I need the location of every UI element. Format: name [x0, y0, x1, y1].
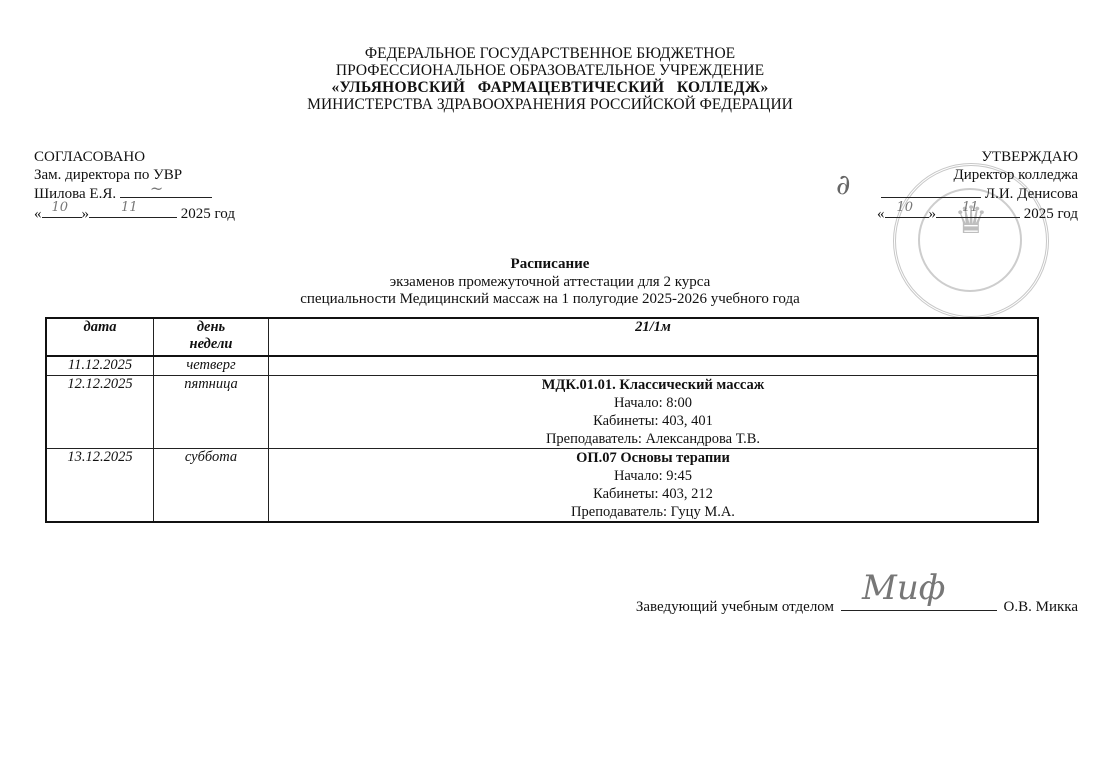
- table-row: 11.12.2025 четверг: [46, 356, 1038, 376]
- approval-approved-heading: УТВЕРЖДАЮ: [877, 149, 1078, 167]
- row-date: 12.12.2025: [46, 376, 154, 449]
- row-date: 11.12.2025: [46, 356, 154, 376]
- approval-agreed-heading: СОГЛАСОВАНО: [34, 149, 235, 167]
- approval-approved-date: «10»11 2025 год: [877, 204, 1078, 224]
- footer-name: О.В. Микка: [1004, 599, 1078, 615]
- approval-agreed-position: Зам. директора по УВР: [34, 167, 235, 185]
- exam-schedule-table: дата день недели 21/1м 11.12.2025 четвер…: [45, 317, 1039, 523]
- exam-subject: ОП.07 Основы терапии: [271, 449, 1035, 467]
- exam-teacher: Преподаватель: Александрова Т.В.: [271, 430, 1035, 448]
- approval-approved-name: Л.И. Денисова: [985, 186, 1078, 202]
- approval-approved-year: 2025 год: [1024, 206, 1078, 222]
- title-subtitle-2: специальности Медицинский массаж на 1 по…: [0, 291, 1100, 309]
- row-weekday: пятница: [154, 376, 269, 449]
- approval-approved-day: 10: [897, 199, 914, 217]
- footer-position: Заведующий учебным отделом: [636, 599, 834, 615]
- row-exam-empty: [269, 356, 1039, 376]
- row-date: 13.12.2025: [46, 449, 154, 523]
- institution-name: «УЛЬЯНОВСКИЙ ФАРМАЦЕВТИЧЕСКИЙ КОЛЛЕДЖ»: [0, 79, 1100, 96]
- approval-agreed-date: «10»11 2025 год: [34, 204, 235, 224]
- institution-line-2: ПРОФЕССИОНАЛЬНОЕ ОБРАЗОВАТЕЛЬНОЕ УЧРЕЖДЕ…: [0, 62, 1100, 79]
- header-date: дата: [46, 318, 154, 356]
- signature-line: ~: [120, 184, 212, 198]
- table-header-row: дата день недели 21/1м: [46, 318, 1038, 356]
- document-title: Расписание экзаменов промежуточной аттес…: [0, 256, 1100, 309]
- row-exam: МДК.01.01. Классический массаж Начало: 8…: [269, 376, 1039, 449]
- exam-rooms: Кабинеты: 403, 401: [271, 412, 1035, 430]
- approval-approved-month: 11: [962, 199, 979, 217]
- approval-approved-block: УТВЕРЖДАЮ Директор колледжа Л.И. Денисов…: [877, 149, 1078, 223]
- row-weekday: суббота: [154, 449, 269, 523]
- approval-agreed-name: Шилова Е.Я.: [34, 186, 116, 202]
- exam-start: Начало: 8:00: [271, 394, 1035, 412]
- exam-rooms: Кабинеты: 403, 212: [271, 485, 1035, 503]
- institution-header: ФЕДЕРАЛЬНОЕ ГОСУДАРСТВЕННОЕ БЮДЖЕТНОЕ ПР…: [0, 45, 1100, 113]
- row-weekday: четверг: [154, 356, 269, 376]
- row-exam: ОП.07 Основы терапии Начало: 9:45 Кабине…: [269, 449, 1039, 523]
- exam-subject: МДК.01.01. Классический массаж: [271, 376, 1035, 394]
- institution-line-4: МИНИСТЕРСТВА ЗДРАВООХРАНЕНИЯ РОССИЙСКОЙ …: [0, 96, 1100, 113]
- table-row: 12.12.2025 пятница МДК.01.01. Классическ…: [46, 376, 1038, 449]
- header-weekday: день недели: [154, 318, 269, 356]
- table-row: 13.12.2025 суббота ОП.07 Основы терапии …: [46, 449, 1038, 523]
- title-heading: Расписание: [0, 256, 1100, 274]
- footer-signoff: Заведующий учебным отделом О.В. Микка: [636, 597, 1078, 616]
- signature-line: [841, 597, 997, 611]
- approval-agreed-year: 2025 год: [181, 206, 235, 222]
- approval-agreed-block: СОГЛАСОВАНО Зам. директора по УВР Шилова…: [34, 149, 235, 223]
- signature-line: [881, 184, 981, 198]
- exam-teacher: Преподаватель: Гуцу М.А.: [271, 503, 1035, 521]
- signature-left: ~: [150, 180, 163, 198]
- approval-agreed-month: 11: [121, 199, 138, 217]
- title-subtitle-1: экзаменов промежуточной аттестации для 2…: [0, 274, 1100, 292]
- approval-agreed-day: 10: [52, 199, 69, 217]
- approval-approved-position: Директор колледжа: [877, 167, 1078, 185]
- institution-line-1: ФЕДЕРАЛЬНОЕ ГОСУДАРСТВЕННОЕ БЮДЖЕТНОЕ: [0, 45, 1100, 62]
- header-group: 21/1м: [269, 318, 1039, 356]
- exam-start: Начало: 9:45: [271, 467, 1035, 485]
